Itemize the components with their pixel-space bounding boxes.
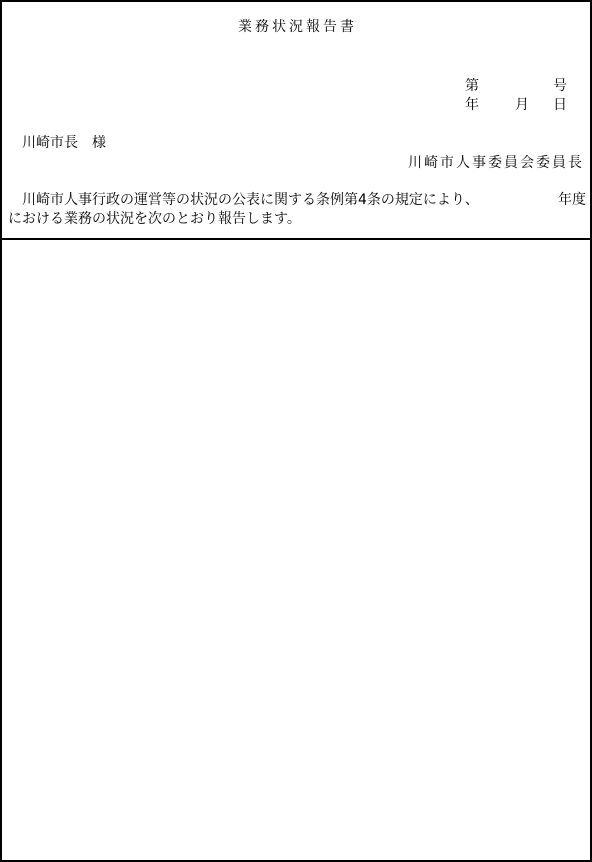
date-day-label: 日 — [553, 98, 567, 112]
report-content-area — [2, 240, 590, 860]
recipient-line: 川崎市長 様 — [22, 136, 106, 150]
body-line1-suffix: 年度 — [558, 193, 586, 207]
body-paragraph-line2: における業務の状況を次のとおり報告します。 — [8, 212, 301, 226]
doc-number-suffix: 号 — [553, 79, 567, 93]
body-paragraph-line1: 川崎市人事行政の運営等の状況の公表に関する条例第4条の規定により、 年度 — [8, 193, 586, 207]
doc-number-prefix: 第 — [465, 79, 479, 93]
body-line1-text: 川崎市人事行政の運営等の状況の公表に関する条例第4条の規定により、 — [8, 193, 479, 207]
document-title: 業務状況報告書 — [2, 20, 590, 34]
date-year-label: 年 — [465, 98, 479, 112]
sender-line: 川崎市人事委員会委員長 — [408, 156, 584, 170]
document-page: 業務状況報告書 第 号 年 月 日 川崎市長 様 川崎市人事委員会委員長 川崎市… — [0, 0, 592, 862]
date-month-label: 月 — [515, 98, 529, 112]
